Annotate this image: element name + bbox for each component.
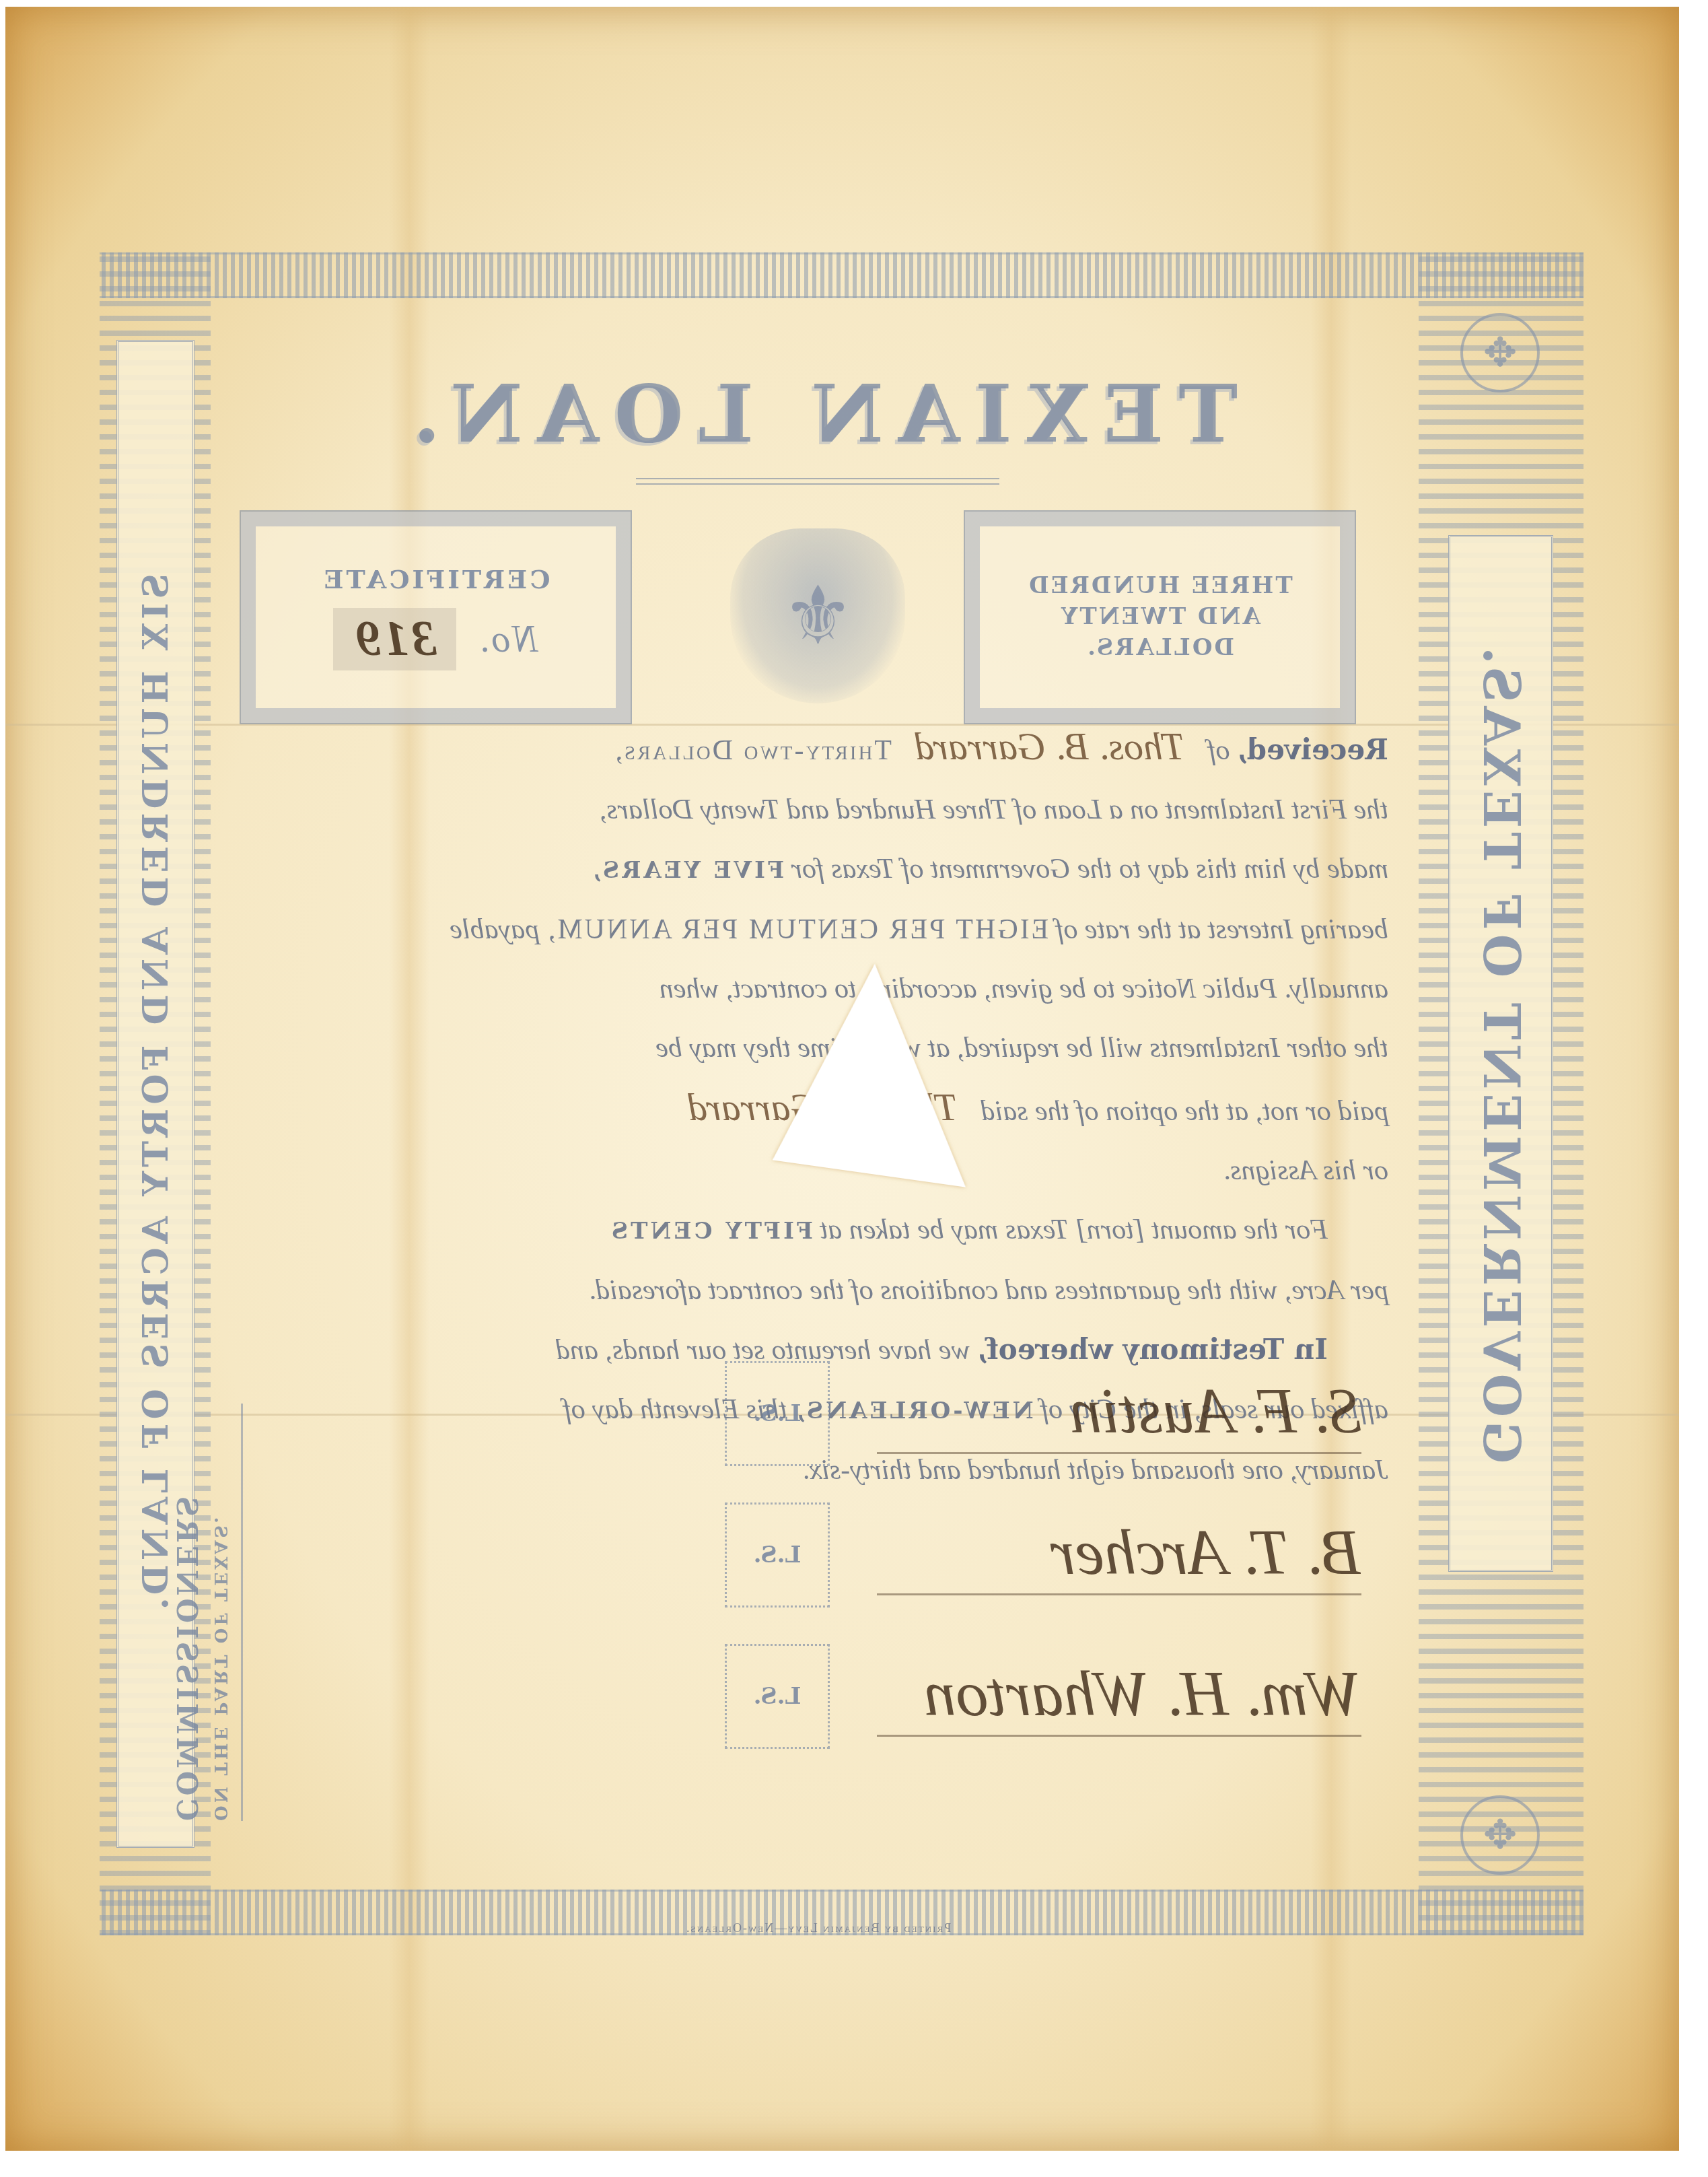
amount-box: THREE HUNDRED AND TWENTY DOLLARS. <box>965 512 1355 723</box>
commissioners-title: COMMISSIONERS <box>171 1404 204 1821</box>
title-underline <box>637 478 1000 485</box>
body-line-4c: payable <box>450 914 539 945</box>
paper-tear-hole <box>773 953 995 1187</box>
commissioners-subtitle: ON THE PART OF TEXAS. <box>211 1404 231 1821</box>
body-line-7a: paid or not, at the option of the said <box>981 1096 1389 1127</box>
signature-row: S. F. Austin L.S. <box>241 1343 1361 1484</box>
received-label: Received, <box>1237 733 1388 766</box>
government-of-texas-text: GOVERNMENT OF TEXAS. <box>1472 643 1530 1463</box>
seal-ls: L.S. <box>725 1644 830 1749</box>
price-per-acre: FIFTY CENTS <box>609 1218 814 1245</box>
printer-imprint: Printed by Benjamin Levy—New-Orleans. <box>221 1921 1415 1935</box>
rosette-medallion-icon: ✥ <box>1460 1795 1540 1875</box>
amount-line-3: DOLLARS. <box>1086 633 1234 664</box>
body-line-3a: made by him this day to the Government o… <box>791 854 1388 885</box>
body-line-9a: For the amount [torn] Texas may be taken… <box>820 1214 1328 1245</box>
signature-wharton: Wm. H. Wharton <box>877 1656 1361 1737</box>
signature-archer: B. T. Archer <box>877 1515 1361 1595</box>
seal-ls: L.S. <box>725 1361 830 1466</box>
certificate-number: 319 <box>333 608 456 670</box>
signature-block: S. F. Austin L.S. B. T. Archer L.S. Wm. … <box>241 1343 1361 1774</box>
certificate-number-box: CERTIFICATE No. 319 <box>241 512 631 723</box>
signature-row: B. T. Archer L.S. <box>241 1484 1361 1626</box>
commissioners-label: ON THE PART OF TEXAS. COMMISSIONERS <box>160 1404 243 1821</box>
amount-line-2: AND TWENTY <box>1059 602 1260 633</box>
interest-rate: EIGHT PER CENTUM PER ANNUM, <box>546 914 1048 945</box>
amount-line-1: THREE HUNDRED <box>1027 571 1292 602</box>
body-line-2: the First Instalment on a Loan of Three … <box>241 780 1388 839</box>
document-paper: ✥ GOVERNMENT OF TEXAS. ✥ SIX HUNDRED AND… <box>5 7 1679 2151</box>
seal-ls: L.S. <box>725 1502 830 1608</box>
payer-name: Thos. B. Garrard <box>899 724 1201 768</box>
number-label: No. <box>476 618 538 661</box>
top-ornamental-border <box>100 252 1584 298</box>
body-line-10: per Acre, with the guarantees and condit… <box>241 1261 1388 1320</box>
signature-austin: S. F. Austin <box>877 1373 1361 1454</box>
certificate-label: CERTIFICATE <box>322 564 550 594</box>
eagle-shield-flags-icon: ⚜ <box>731 528 906 703</box>
term-five-years: FIVE YEARS, <box>590 857 784 884</box>
rosette-medallion-icon: ✥ <box>1460 313 1540 392</box>
certificate-title: TEXIAN LOAN. <box>221 367 1415 460</box>
of-word: of <box>1208 735 1230 766</box>
government-of-texas-panel: GOVERNMENT OF TEXAS. <box>1448 535 1553 1572</box>
body-line-4a: bearing Interest at the rate of <box>1056 914 1388 945</box>
government-border-column: ✥ GOVERNMENT OF TEXAS. ✥ <box>1419 252 1584 1935</box>
signature-row: Wm. H. Wharton L.S. <box>241 1626 1361 1767</box>
payment-amount: Thirty-two Dollars, <box>613 735 892 766</box>
